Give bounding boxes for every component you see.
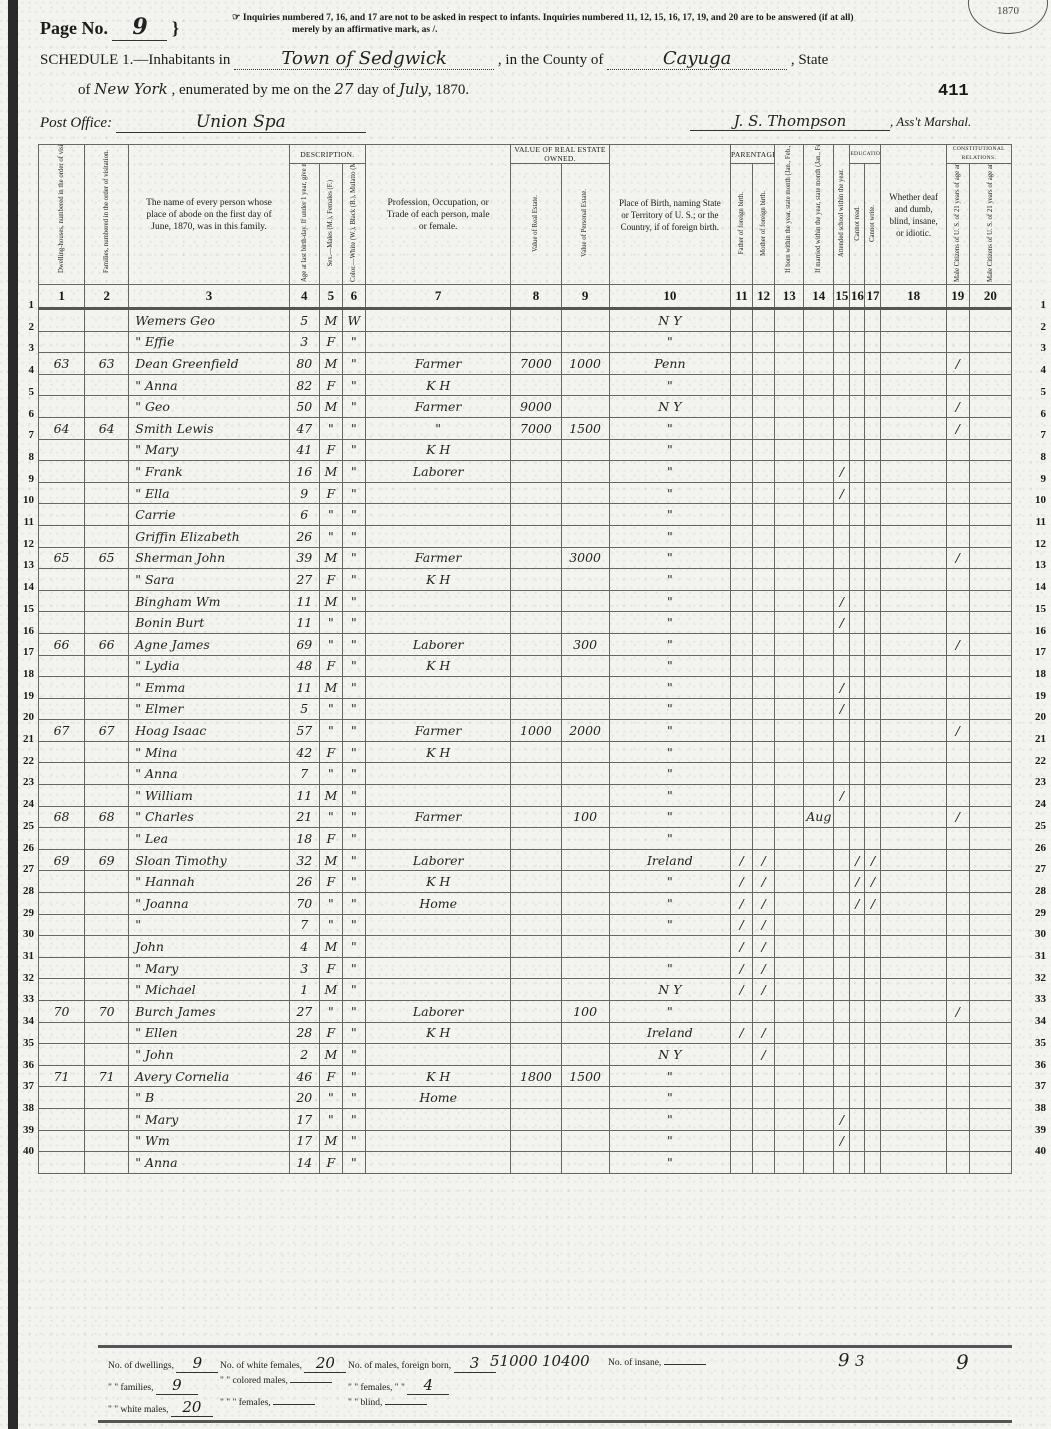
cell-personal-estate [561,590,609,612]
cell-name: " Joanna [129,893,289,915]
cell-color: " [342,353,365,375]
cell-father-foreign [731,741,753,763]
cell-cannot-write [865,309,881,332]
cell-father-foreign [731,461,753,483]
cell-personal-estate [561,828,609,850]
cell-vote-denied [969,1022,1011,1044]
cell-disability [881,1152,946,1174]
cell-cannot-read [850,979,865,1001]
cell-school [834,806,850,828]
cell-school [834,828,850,850]
cell-married-month [804,828,834,850]
cell-age: 2 [289,1044,319,1066]
cell-vote-denied [969,353,1011,375]
cell-color: " [342,1001,365,1023]
cell-personal-estate: 3000 [561,547,609,569]
cell-name: " Anna [129,374,289,396]
cell-age: 47 [289,417,319,439]
cell-sex: M [319,1130,342,1152]
cell-color: " [342,417,365,439]
cell-birthplace: " [609,504,730,526]
cell-birthplace: " [609,957,730,979]
line-number: 27 [14,863,34,875]
line-number: 15 [14,603,34,615]
cell-occupation [365,785,510,807]
cell-birthplace: " [609,1087,730,1109]
line-number: 13 [1026,559,1046,571]
parentage-group: PARENTAGE. [731,145,775,164]
line-number: 33 [14,993,34,1005]
cell-born-month [775,871,804,893]
line-number: 6 [14,408,34,420]
cell-personal-estate [561,1108,609,1130]
cell-family [85,763,129,785]
table-row: " B20""Home" [39,1087,1012,1109]
cell-occupation: K H [365,374,510,396]
line-number: 7 [14,429,34,441]
cell-sex: M [319,849,342,871]
cell-father-foreign [731,828,753,850]
cell-sex: M [319,396,342,418]
line-number: 1 [1026,299,1046,311]
cell-real-estate [511,741,561,763]
cell-cannot-read: / [850,849,865,871]
cell-citizen [946,569,969,591]
table-row: 6565Sherman John39M"Farmer3000"/ [39,547,1012,569]
cell-school [834,1152,850,1174]
cell-school [834,763,850,785]
cell-age: 80 [289,353,319,375]
cell-cannot-read [850,417,865,439]
cell-mother-foreign [753,1087,775,1109]
cell-name: Bingham Wm [129,590,289,612]
cell-disability [881,590,946,612]
line-number: 15 [1026,603,1046,615]
cell-married-month [804,353,834,375]
cell-real-estate [511,763,561,785]
cell-real-estate [511,785,561,807]
cell-age: 1 [289,979,319,1001]
cell-dwelling [39,957,85,979]
cell-family: 70 [85,1001,129,1023]
cell-vote-denied [969,979,1011,1001]
cell-dwelling [39,871,85,893]
cell-mother-foreign: / [753,849,775,871]
cell-mother-foreign [753,374,775,396]
cell-real-estate: 7000 [511,417,561,439]
table-row: " Frank16M"Laborer"/ [39,461,1012,483]
cell-name: " Elmer [129,698,289,720]
cell-vote-denied [969,785,1011,807]
cell-cannot-read [850,482,865,504]
col-header-19: Male Citizens of U. S. of 21 years of ag… [946,164,969,285]
cell-color: " [342,914,365,936]
cell-occupation: " [365,417,510,439]
cell-cannot-write [865,633,881,655]
cell-born-month [775,1044,804,1066]
line-number: 28 [1026,885,1046,897]
line-number: 30 [1026,928,1046,940]
table-row: " Effie3F"" [39,331,1012,353]
cell-cannot-read [850,957,865,979]
cell-family [85,741,129,763]
cell-father-foreign [731,1130,753,1152]
line-number: 37 [1026,1080,1046,1092]
cell-color: " [342,957,365,979]
cell-color: " [342,763,365,785]
cell-born-month [775,374,804,396]
table-row: 7171Avery Cornelia46F"K H18001500" [39,1065,1012,1087]
cell-married-month [804,936,834,958]
cell-real-estate [511,893,561,915]
cell-citizen: / [946,633,969,655]
cell-sex: F [319,374,342,396]
cell-school [834,957,850,979]
cell-real-estate [511,957,561,979]
colored-females-count: " " " females, [220,1398,315,1408]
cell-family [85,979,129,1001]
cell-name: " Sara [129,569,289,591]
line-number: 10 [1026,494,1046,506]
cell-cannot-write [865,547,881,569]
cell-color: " [342,1130,365,1152]
column-number: 16 [850,285,865,309]
cell-citizen [946,979,969,1001]
cell-father-foreign [731,720,753,742]
cell-disability [881,914,946,936]
cell-family: 66 [85,633,129,655]
cell-cannot-read: / [850,871,865,893]
cannot-read-total: 3 [855,1352,865,1370]
cell-mother-foreign [753,590,775,612]
cell-dwelling [39,504,85,526]
column-number: 2 [85,285,129,309]
cell-age: 57 [289,720,319,742]
cell-citizen: / [946,417,969,439]
cell-age: 26 [289,871,319,893]
cell-school [834,504,850,526]
cell-personal-estate [561,936,609,958]
cell-age: 6 [289,504,319,526]
cell-disability [881,331,946,353]
column-number: 8 [511,285,561,309]
cell-age: 11 [289,612,319,634]
cell-vote-denied [969,439,1011,461]
cell-mother-foreign: / [753,957,775,979]
cell-married-month [804,590,834,612]
cell-name: " Mary [129,957,289,979]
line-number: 35 [1026,1037,1046,1049]
cell-color: " [342,849,365,871]
state-value: New York [94,80,168,98]
cell-name: Carrie [129,504,289,526]
table-row: " Ellen28F"K HIreland// [39,1022,1012,1044]
column-number-row: 1234567891011121314151617181920 [39,285,1012,309]
cell-cannot-write [865,590,881,612]
line-number: 37 [14,1080,34,1092]
line-number: 5 [1026,386,1046,398]
cell-personal-estate [561,1152,609,1174]
cell-disability [881,633,946,655]
cell-dwelling [39,1130,85,1152]
cell-vote-denied [969,1087,1011,1109]
cell-name: " Geo [129,396,289,418]
cell-color: " [342,482,365,504]
cell-disability [881,1108,946,1130]
cell-family: 69 [85,849,129,871]
table-row: " Lea18F"" [39,828,1012,850]
cell-real-estate [511,914,561,936]
cell-father-foreign [731,417,753,439]
cell-real-estate [511,1022,561,1044]
cell-name: Smith Lewis [129,417,289,439]
col-header-18: Whether deaf and dumb, blind, insane, or… [881,145,946,285]
cell-occupation: Farmer [365,720,510,742]
line-number: 17 [1026,646,1046,658]
cell-sex: M [319,677,342,699]
cell-vote-denied [969,482,1011,504]
cell-father-foreign: / [731,893,753,915]
col-header-3: The name of every person whose place of … [129,145,289,285]
cell-personal-estate [561,1044,609,1066]
cell-cannot-read [850,698,865,720]
table-row: " Hannah26F"K H"//// [39,871,1012,893]
cell-birthplace: " [609,1065,730,1087]
cell-citizen [946,741,969,763]
table-row: " Mary41F"K H" [39,439,1012,461]
cell-name: " Emma [129,677,289,699]
cell-real-estate [511,677,561,699]
cell-born-month [775,504,804,526]
cell-cannot-write [865,936,881,958]
cell-family [85,1022,129,1044]
cell-married-month [804,482,834,504]
cell-name: " Anna [129,763,289,785]
post-office-line: Post Office: Union Spa [40,112,366,133]
cell-dwelling [39,525,85,547]
cell-age: 69 [289,633,319,655]
cell-married-month [804,1022,834,1044]
cell-family [85,1152,129,1174]
cell-vote-denied [969,655,1011,677]
line-number: 2 [1026,321,1046,333]
line-number: 25 [14,820,34,832]
cell-born-month [775,893,804,915]
cell-dwelling: 71 [39,1065,85,1087]
cell-mother-foreign [753,417,775,439]
cell-father-foreign [731,569,753,591]
cell-cannot-read [850,1108,865,1130]
cell-vote-denied [969,741,1011,763]
cell-school [834,331,850,353]
marshal-label: , Ass't Marshal. [890,114,971,129]
column-number: 3 [129,285,289,309]
cell-school: / [834,482,850,504]
cell-cannot-read [850,612,865,634]
day-of-label: day of [357,82,395,98]
cell-color: " [342,461,365,483]
cell-color: " [342,785,365,807]
cell-family [85,504,129,526]
cell-cannot-write [865,482,881,504]
cell-occupation [365,957,510,979]
cell-school [834,1087,850,1109]
col-header-20: Male Citizens of U. S. of 21 years of ag… [969,164,1011,285]
cell-sex: " [319,806,342,828]
cell-family [85,936,129,958]
col-header-14: If married within the year, state month … [804,145,834,285]
cell-married-month [804,417,834,439]
cell-cannot-write [865,677,881,699]
cell-personal-estate [561,612,609,634]
cell-birthplace: " [609,1108,730,1130]
cell-real-estate [511,698,561,720]
cell-citizen [946,309,969,332]
line-number: 38 [1026,1102,1046,1114]
cell-school [834,849,850,871]
cell-married-month [804,1065,834,1087]
column-number: 7 [365,285,510,309]
cell-born-month [775,417,804,439]
cell-name: Hoag Isaac [129,720,289,742]
cell-family: 65 [85,547,129,569]
cell-color: " [342,1108,365,1130]
cell-cannot-write [865,331,881,353]
cell-born-month [775,655,804,677]
col-header-7: Profession, Occupation, or Trade of each… [365,145,510,285]
cell-vote-denied [969,525,1011,547]
cell-name: John [129,936,289,958]
cell-married-month [804,677,834,699]
cell-occupation [365,482,510,504]
line-number: 23 [1026,776,1046,788]
cell-mother-foreign [753,482,775,504]
line-number: 27 [1026,863,1046,875]
cell-school: / [834,785,850,807]
line-number: 16 [1026,625,1046,637]
column-number: 17 [865,285,881,309]
cell-cannot-read [850,677,865,699]
line-number: 1 [14,299,34,311]
line-number: 19 [1026,690,1046,702]
cell-disability [881,1065,946,1087]
cell-cannot-read [850,936,865,958]
year-label: , 1870. [428,82,469,98]
cell-color: " [342,806,365,828]
county-value: Cayuga [607,48,787,70]
cell-married-month [804,633,834,655]
line-number: 22 [1026,755,1046,767]
cell-born-month [775,525,804,547]
cell-name: " Lydia [129,655,289,677]
cell-school [834,353,850,375]
cell-occupation [365,698,510,720]
cell-dwelling [39,1087,85,1109]
cell-mother-foreign [753,612,775,634]
cell-father-foreign [731,504,753,526]
cell-personal-estate [561,331,609,353]
cell-disability [881,763,946,785]
cell-born-month [775,1130,804,1152]
cell-personal-estate [561,871,609,893]
cell-age: 18 [289,828,319,850]
cell-disability [881,353,946,375]
archive-stamp: 1870 [968,0,1048,34]
cell-school: / [834,677,850,699]
table-row: 6767Hoag Isaac57""Farmer10002000"/ [39,720,1012,742]
cell-dwelling [39,374,85,396]
table-row: " Anna14F"" [39,1152,1012,1174]
cell-disability [881,482,946,504]
cell-sex: " [319,417,342,439]
cell-cannot-read [850,1130,865,1152]
cell-personal-estate [561,504,609,526]
cell-dwelling [39,439,85,461]
cell-disability [881,655,946,677]
line-number: 24 [1026,798,1046,810]
cell-sex: F [319,439,342,461]
cell-citizen [946,1022,969,1044]
cell-sex: F [319,871,342,893]
page-label: Page No. [40,18,108,38]
cell-vote-denied [969,331,1011,353]
table-row: " Emma11M""/ [39,677,1012,699]
schedule-line: SCHEDULE 1.—Inhabitants in Town of Sedgw… [40,48,828,70]
cell-sex: " [319,612,342,634]
cell-name: " Wm [129,1130,289,1152]
cell-real-estate [511,374,561,396]
cell-school [834,569,850,591]
cell-dwelling [39,785,85,807]
cell-married-month [804,720,834,742]
cell-sex: " [319,1108,342,1130]
cell-occupation: K H [365,1065,510,1087]
cell-father-foreign [731,806,753,828]
cell-color: " [342,374,365,396]
cell-occupation: Laborer [365,461,510,483]
cell-school: / [834,590,850,612]
cell-sex: " [319,914,342,936]
cell-age: 4 [289,936,319,958]
line-number: 40 [14,1145,34,1157]
cell-personal-estate [561,979,609,1001]
cell-school [834,396,850,418]
cell-family [85,1087,129,1109]
cell-school: / [834,461,850,483]
line-number: 26 [14,842,34,854]
cell-father-foreign [731,677,753,699]
cell-citizen [946,957,969,979]
col-header-5: Sex.—Males (M.), Females (F.) [319,164,342,285]
cell-born-month [775,1022,804,1044]
cell-married-month [804,1108,834,1130]
cell-father-foreign [731,1152,753,1174]
col-header-6: Color.—White (W.), Black (B.), Mulatto (… [342,164,365,285]
cell-cannot-read [850,309,865,332]
cell-dwelling [39,914,85,936]
cell-school [834,720,850,742]
cell-citizen: / [946,353,969,375]
cell-mother-foreign [753,396,775,418]
cell-vote-denied [969,957,1011,979]
cell-cannot-write [865,1022,881,1044]
cell-dwelling [39,698,85,720]
cell-father-foreign: / [731,936,753,958]
schedule-label: SCHEDULE 1.—Inhabitants in [40,52,230,68]
cell-family [85,1044,129,1066]
cell-sex: M [319,979,342,1001]
cell-age: 28 [289,1022,319,1044]
